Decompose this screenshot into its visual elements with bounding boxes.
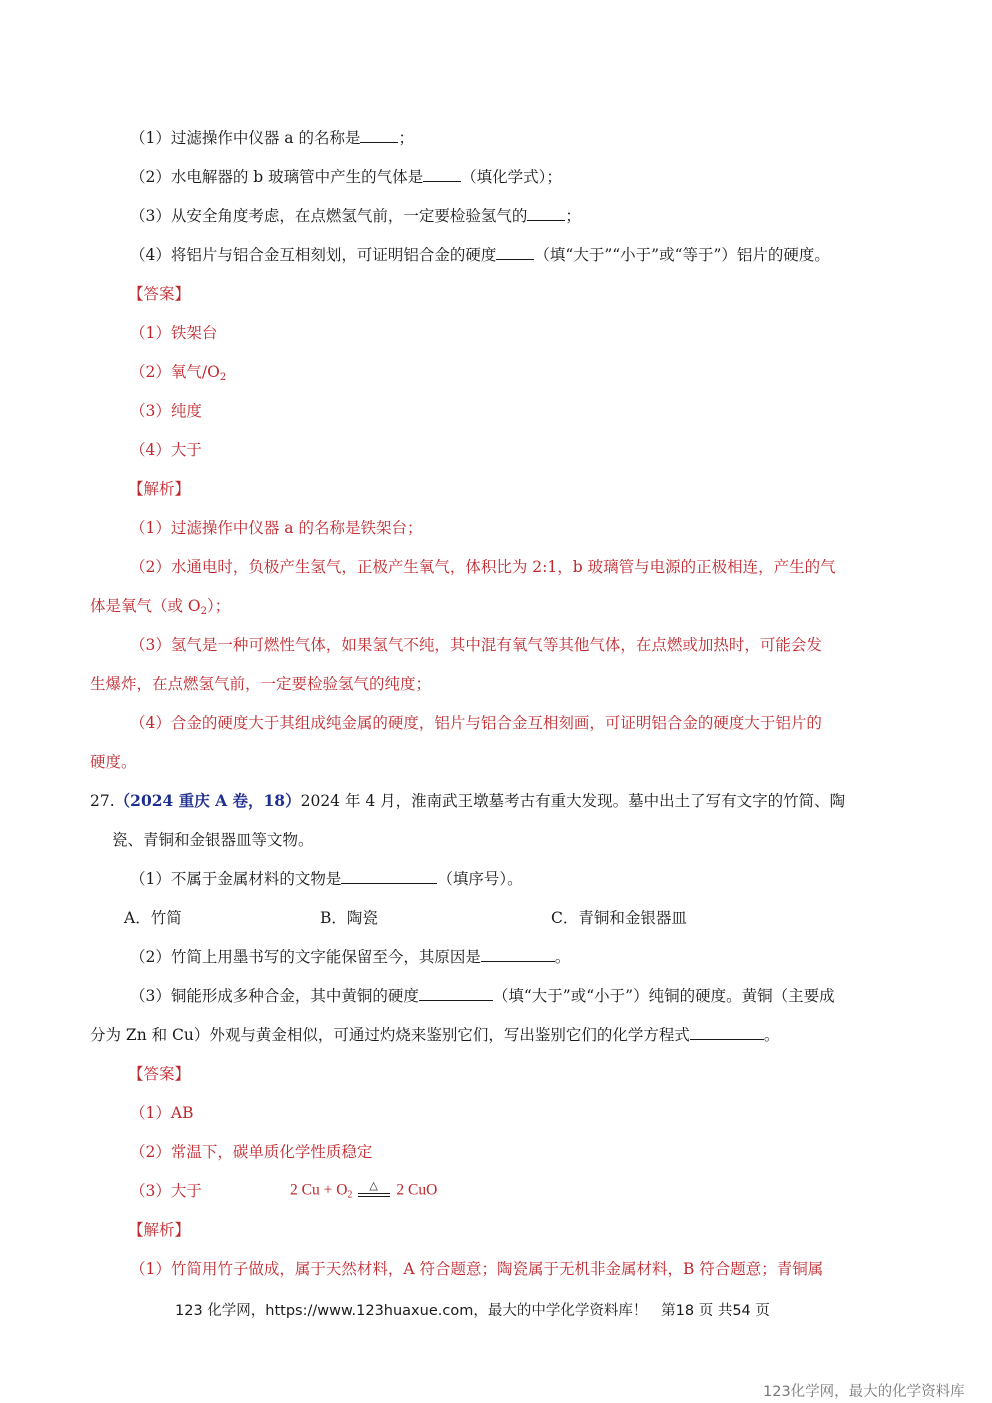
- question-text: ；: [565, 207, 581, 225]
- question-number: 27.: [90, 792, 115, 810]
- answer-blank: [341, 869, 437, 884]
- analysis-label: 【解析】: [128, 1220, 190, 1240]
- q27-stem-line2: 瓷、青铜和金银器皿等文物。: [112, 830, 314, 850]
- analysis-text: ）；: [207, 597, 230, 615]
- answer-number: （3）: [130, 402, 171, 420]
- answer-number: （2）: [130, 363, 171, 381]
- question-text: 过滤操作中仪器 a 的名称是: [171, 129, 361, 147]
- answer-blank: [527, 206, 565, 221]
- answer-blank: [496, 245, 534, 260]
- question-number: （3）: [130, 207, 171, 225]
- q27-answer-3: （3）大于: [130, 1181, 202, 1201]
- question-text: （1）不属于金属材料的文物是: [130, 870, 341, 888]
- delta-heat-icon: △: [369, 1179, 377, 1192]
- answer-number: （1）: [130, 1104, 171, 1122]
- answer-blank: [423, 167, 461, 182]
- question-text: （3）铜能形成多种合金，其中黄铜的硬度: [130, 987, 419, 1005]
- equation-products: 2 CuO: [396, 1182, 437, 1199]
- q26-analysis-2-line1: （2）水通电时，负极产生氢气，正极产生氧气，体积比为 2:1，b 玻璃管与电源的…: [130, 557, 836, 577]
- q27-question-3-line2: 分为 Zn 和 Cu）外观与黄金相似，可通过灼烧来鉴别它们，写出鉴别它们的化学方…: [90, 1025, 779, 1045]
- page-footer: 123 化学网，https://www.123huaxue.com，最大的中学化…: [175, 1299, 770, 1320]
- question-text: 水电解器的 b 玻璃管中产生的气体是: [171, 168, 423, 186]
- q26-analysis-3-line1: （3）氢气是一种可燃性气体，如果氢气不纯，其中混有氧气等其他气体，在点燃或加热时…: [130, 635, 822, 655]
- analysis-label: 【解析】: [128, 479, 190, 499]
- q26-question-1: （1）过滤操作中仪器 a 的名称是；: [130, 128, 414, 148]
- heating-condition: △: [358, 1181, 390, 1201]
- q27-answer-2: （2）常温下，碳单质化学性质稳定: [130, 1142, 372, 1162]
- question-number: （4）: [130, 246, 171, 264]
- q26-question-2: （2）水电解器的 b 玻璃管中产生的气体是（填化学式）；: [130, 167, 562, 187]
- question-number: （1）: [130, 129, 171, 147]
- q27-option-c: C．青铜和金银器皿: [551, 908, 687, 928]
- answer-text: 常温下，碳单质化学性质稳定: [171, 1143, 373, 1161]
- q27-option-a: A．竹简: [124, 908, 182, 928]
- answer-number: （3）: [130, 1182, 171, 1200]
- question-text: 。: [555, 948, 571, 966]
- question-text: （填序号）。: [437, 870, 522, 888]
- q26-analysis-4-line2: 硬度。: [90, 752, 137, 772]
- question-text: （填化学式）；: [461, 168, 562, 186]
- question-text: ；: [398, 129, 414, 147]
- question-text: 。: [764, 1026, 780, 1044]
- question-text: 将铝片与铝合金互相刻划，可证明铝合金的硬度: [171, 246, 497, 264]
- q27-analysis-1: （1）竹简用竹子做成，属于天然材料，A 符合题意；陶瓷属于无机非金属材料，B 符…: [130, 1259, 823, 1279]
- question-number: （2）: [130, 168, 171, 186]
- question-text: （填“大于”“小于”或“等于”）铝片的硬度。: [534, 246, 830, 264]
- question-stem: 2024 年 4 月，淮南武王墩墓考古有重大发现。墓中出土了写有文字的竹简、陶: [301, 792, 846, 810]
- answer-text: 大于: [171, 1182, 202, 1200]
- answer-label: 【答案】: [128, 1064, 190, 1084]
- analysis-text: 体是氧气（或 O: [90, 597, 201, 615]
- q26-question-3: （3）从安全角度考虑，在点燃氢气前，一定要检验氢气的；: [130, 206, 581, 226]
- q26-analysis-2-line2: 体是氧气（或 O2）；: [90, 596, 230, 622]
- answer-text: 纯度: [171, 402, 202, 420]
- q26-answer-2: （2）氧气/O2: [130, 362, 226, 388]
- answer-text: AB: [171, 1104, 194, 1122]
- answer-text: 氧气/O: [171, 363, 220, 381]
- answer-blank: [360, 128, 398, 143]
- q26-question-4: （4）将铝片与铝合金互相刻划，可证明铝合金的硬度（填“大于”“小于”或“等于”）…: [130, 245, 830, 265]
- answer-blank: [481, 947, 555, 962]
- watermark: 123化学网，最大的化学资料库: [763, 1380, 965, 1401]
- q27-option-b: B．陶瓷: [320, 908, 378, 928]
- page-number: 第18 页 共54 页: [661, 1303, 770, 1319]
- answer-text: 大于: [171, 441, 202, 459]
- subscript: 2: [347, 1190, 352, 1201]
- q27-question-1: （1）不属于金属材料的文物是（填序号）。: [130, 869, 523, 889]
- answer-number: （4）: [130, 441, 171, 459]
- answer-blank: [419, 986, 493, 1001]
- question-text: 分为 Zn 和 Cu）外观与黄金相似，可通过灼烧来鉴别它们，写出鉴别它们的化学方…: [90, 1026, 690, 1044]
- question-text: （填“大于”或“小于”）纯铜的硬度。黄铜（主要成: [493, 987, 835, 1005]
- chemical-equation: 2 Cu + O2△2 CuO: [290, 1181, 437, 1201]
- answer-label: 【答案】: [128, 284, 190, 304]
- question-text: 从安全角度考虑，在点燃氢气前，一定要检验氢气的: [171, 207, 528, 225]
- footer-site: 123 化学网，https://www.123huaxue.com，最大的中学化…: [175, 1303, 647, 1319]
- q26-answer-4: （4）大于: [130, 440, 202, 460]
- answer-number: （2）: [130, 1143, 171, 1161]
- question-text: （2）竹简上用墨书写的文字能保留至今，其原因是: [130, 948, 481, 966]
- q27-answer-1: （1）AB: [130, 1103, 193, 1123]
- q26-analysis-1: （1）过滤操作中仪器 a 的名称是铁架台；: [130, 518, 422, 538]
- subscript: 2: [220, 372, 226, 383]
- question-source: （2024 重庆 A 卷，18）: [115, 791, 301, 810]
- equation-reactants: 2 Cu + O: [290, 1182, 347, 1199]
- q27-question-3-line1: （3）铜能形成多种合金，其中黄铜的硬度（填“大于”或“小于”）纯铜的硬度。黄铜（…: [130, 986, 835, 1006]
- q26-answer-1: （1）铁架台: [130, 323, 217, 343]
- answer-blank: [690, 1025, 764, 1040]
- q26-analysis-3-line2: 生爆炸，在点燃氢气前，一定要检验氢气的纯度；: [90, 674, 431, 694]
- q26-answer-3: （3）纯度: [130, 401, 202, 421]
- q27-stem-line1: 27.（2024 重庆 A 卷，18）2024 年 4 月，淮南武王墩墓考古有重…: [90, 791, 845, 811]
- answer-number: （1）: [130, 324, 171, 342]
- q26-analysis-4-line1: （4）合金的硬度大于其组成纯金属的硬度，铝片与铝合金互相刻画，可证明铝合金的硬度…: [130, 713, 822, 733]
- q27-question-2: （2）竹简上用墨书写的文字能保留至今，其原因是。: [130, 947, 570, 967]
- answer-text: 铁架台: [171, 324, 218, 342]
